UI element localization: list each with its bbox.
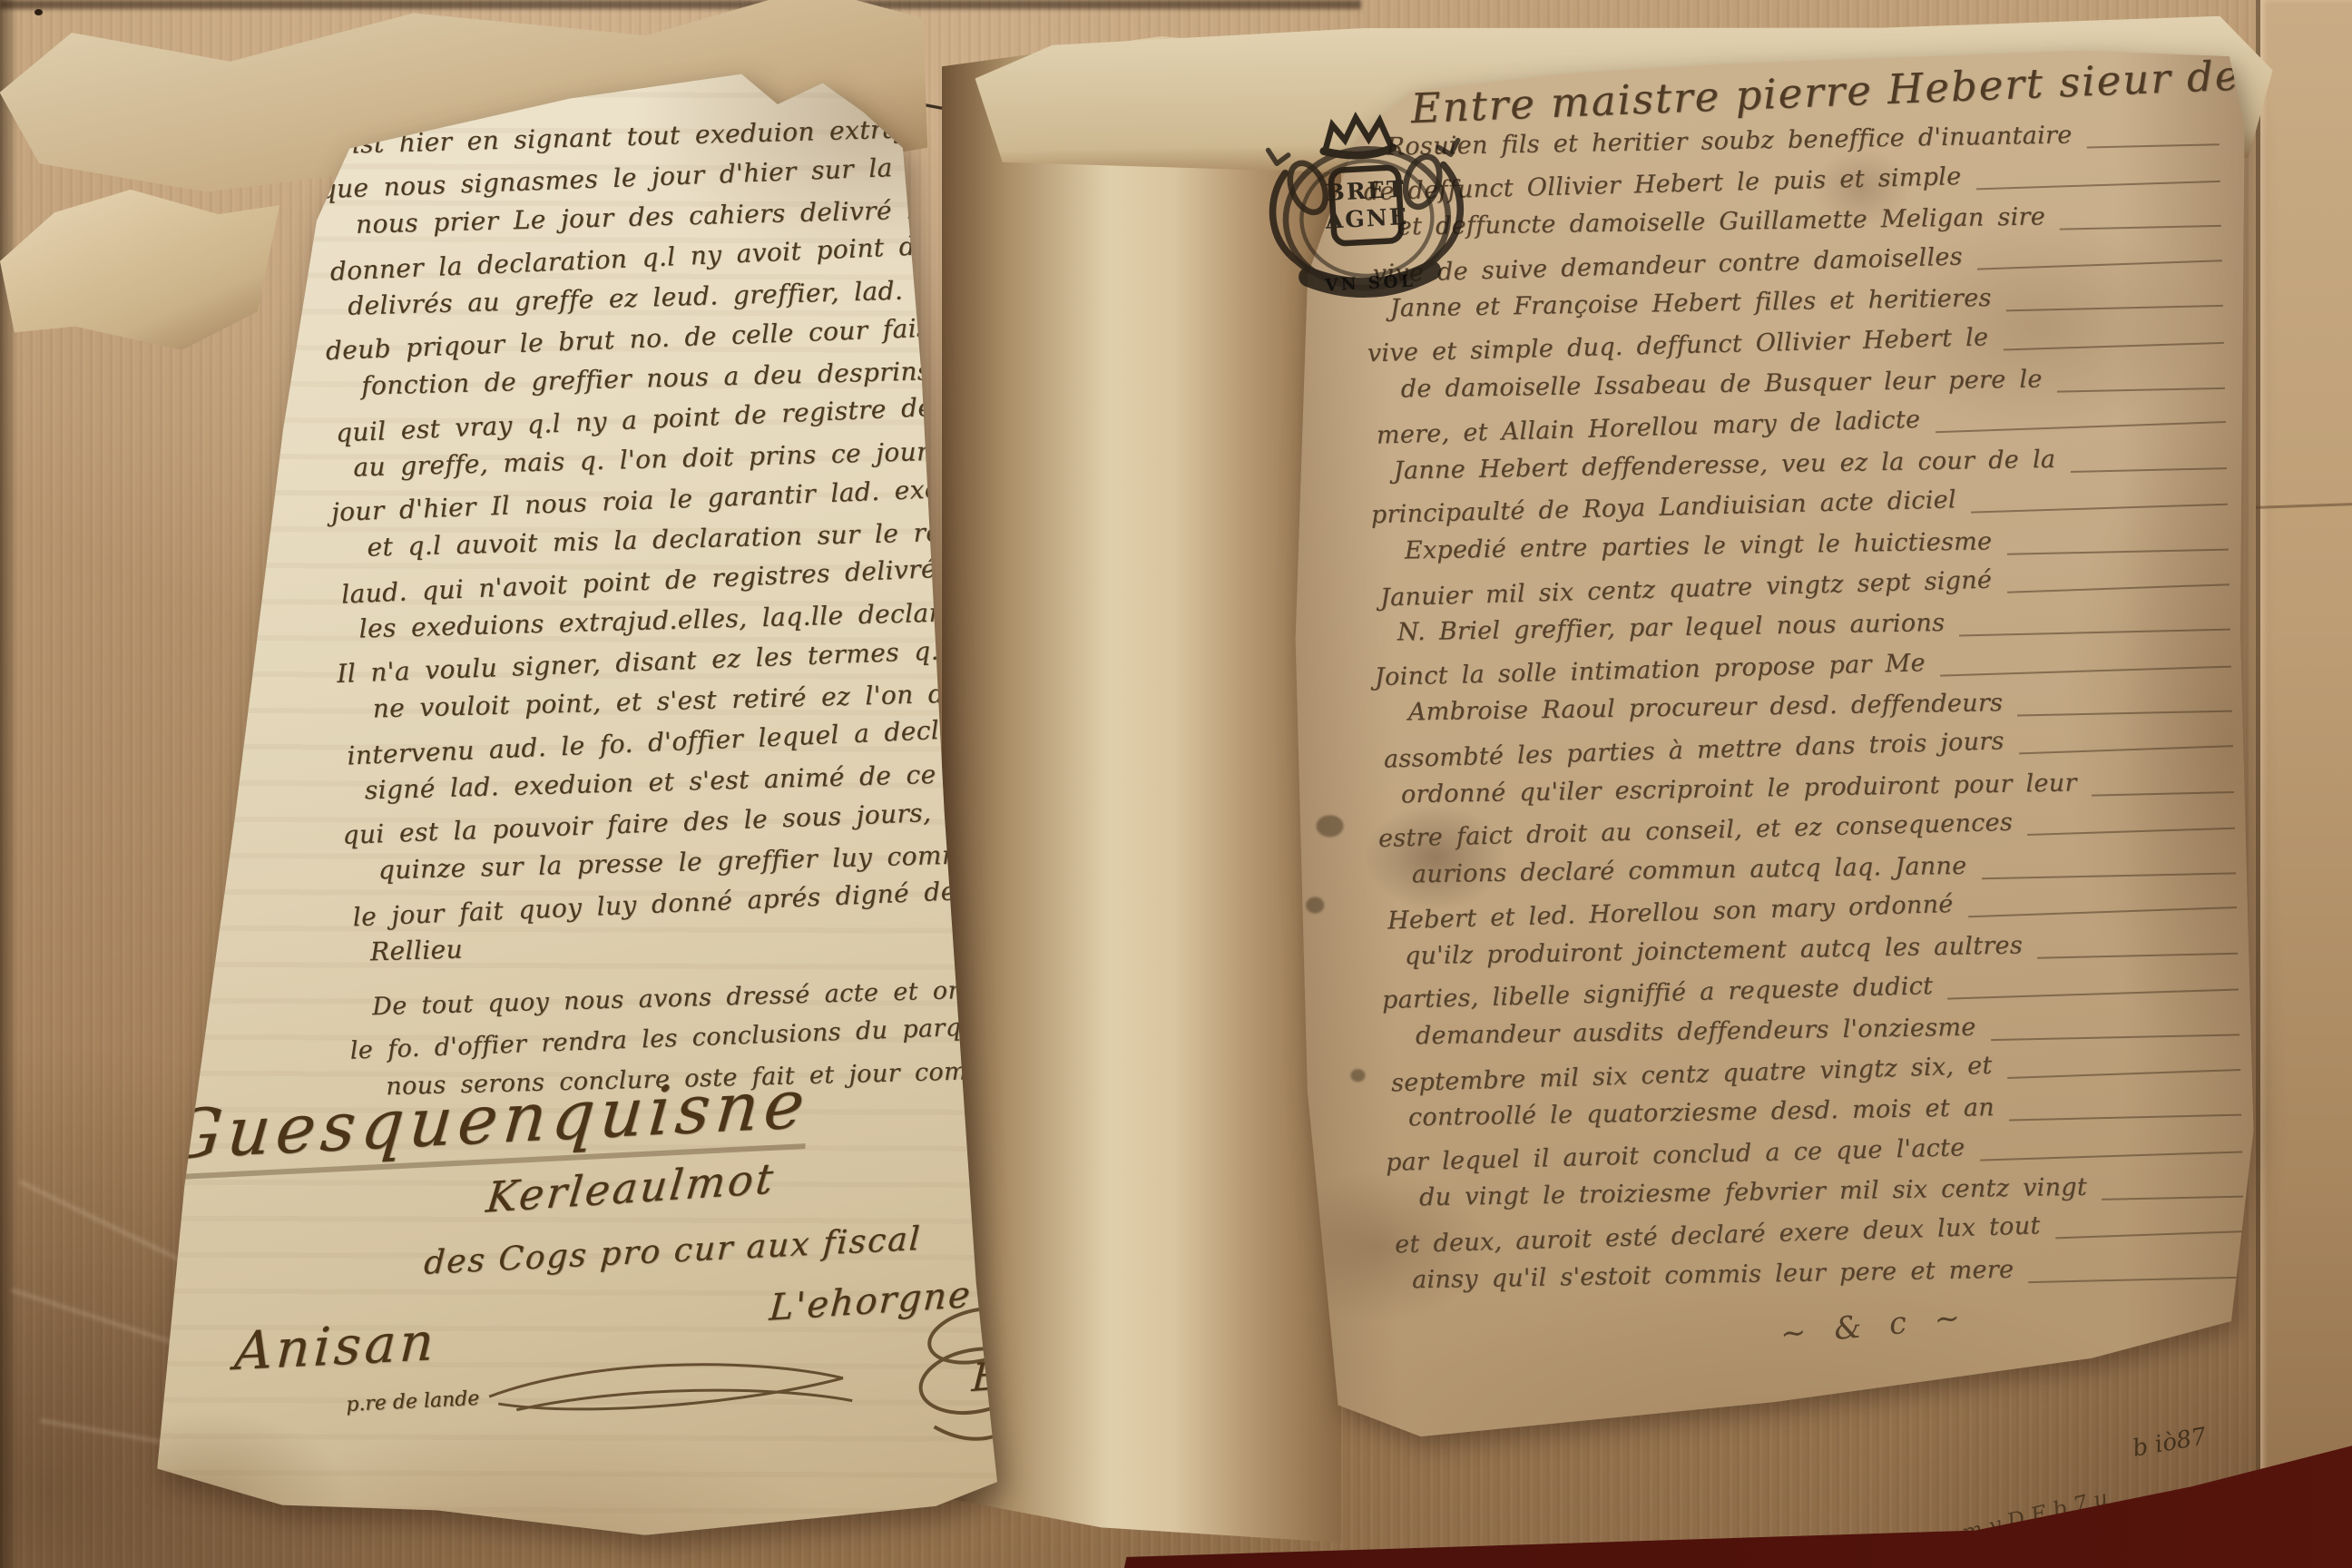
line-filler-dash — [2007, 1068, 2240, 1078]
line-filler-dash — [1968, 906, 2237, 917]
line-filler-dash — [1971, 504, 2228, 514]
line-filler-dash — [1976, 180, 2220, 189]
ink-speck — [34, 9, 43, 15]
left-page-lines: fist hier en signant tout exeduion extra… — [314, 106, 987, 976]
line-filler-dash — [2070, 466, 2226, 472]
line-filler-dash — [1959, 628, 2229, 636]
line-filler-dash — [1935, 421, 2226, 433]
line-filler-dash — [1948, 989, 2239, 1000]
line-filler-dash — [1977, 260, 2222, 269]
line-filler-dash — [2006, 305, 2223, 311]
signature-lehorgne: L'ehorgne — [768, 1274, 973, 1329]
line-filler-dash — [2019, 745, 2233, 754]
line-filler-dash — [1980, 1151, 2242, 1161]
stamp-text-line2: AGNE — [1324, 202, 1409, 234]
signature-anisan-subscript: p.re de lande — [346, 1387, 480, 1416]
line-filler-dash — [2007, 583, 2229, 593]
line-filler-dash — [2060, 225, 2221, 230]
signature-procureur-fiscal: des Cogs pro cur aux fiscal — [423, 1220, 922, 1282]
torn-page-corner-fragment — [0, 177, 279, 358]
signature-2: Kerleaulmot — [484, 1153, 778, 1222]
left-edge-shadow — [0, 0, 18, 1568]
left-page-text-block: fist hier en signant tout exeduion extra… — [314, 106, 992, 1112]
line-filler-dash — [2009, 1114, 2241, 1122]
line-filler-dash — [2087, 143, 2220, 148]
bretagne-tax-stamp: BRET AGNE VN SOL — [1252, 102, 1481, 321]
line-filler-dash — [2027, 827, 2235, 835]
ink-blot — [1317, 815, 1344, 837]
ink-blot — [1306, 897, 1324, 913]
line-filler-dash — [2055, 1230, 2244, 1239]
right-page-text-block: Entre maistre pierre Hebert sieur de Ros… — [1361, 56, 2252, 1345]
signature-anisan: Anisan — [233, 1310, 439, 1382]
line-filler-dash — [2037, 952, 2238, 958]
line-filler-dash — [1940, 665, 2231, 676]
edge-writing-fragment: b iò87 — [2131, 1423, 2209, 1463]
paraph-flourish — [479, 1328, 862, 1460]
photo-of-manuscript: b iò87 m y D E b 7 u Entre maistre pierr… — [0, 0, 2352, 1568]
ink-blot — [1350, 1069, 1365, 1082]
line-filler-dash — [2004, 341, 2224, 350]
top-edge-shadow — [0, 0, 1361, 9]
line-filler-dash — [2092, 790, 2234, 796]
edge-writing-fragment: m y D E b 7 u — [1959, 1485, 2111, 1545]
right-page-lines: Rosuien fils et heritier soubz beneffice… — [1362, 111, 2250, 1303]
background-fold-strip — [2256, 0, 2352, 1568]
line-filler-dash — [2102, 1196, 2243, 1200]
stamp-text-line1: BRET — [1325, 175, 1406, 207]
